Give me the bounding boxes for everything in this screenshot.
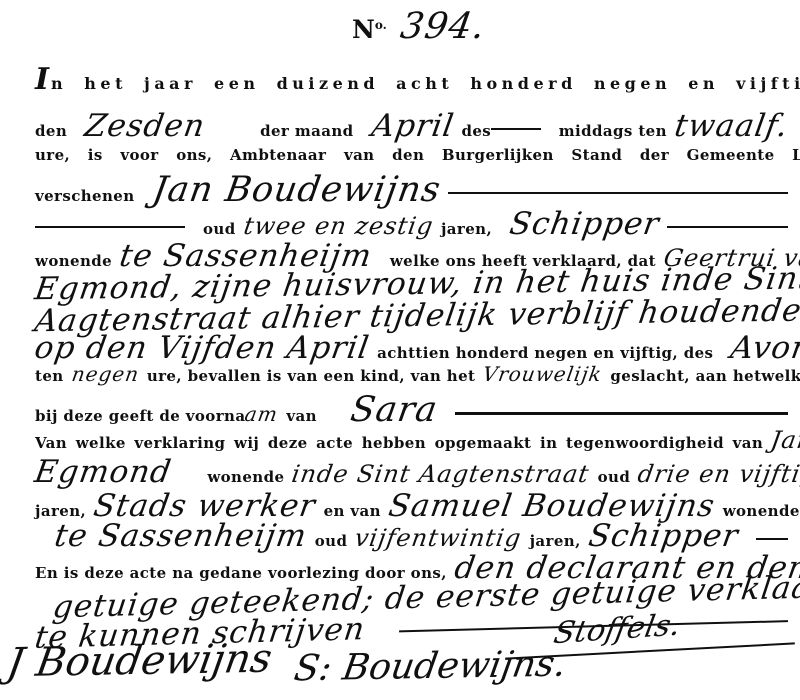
handwritten-witness1-street: inde Sint Aagtenstraat: [290, 460, 592, 488]
dropcap-I: I: [35, 62, 49, 97]
printed-geslacht: geslacht, aan hetwelk: [610, 367, 800, 385]
printed-born-child: ure, bevallen is van een kind, van het: [147, 367, 476, 385]
signature-j-boudewijns: J Boudewijns: [4, 636, 275, 687]
form-line-registrar: ure, is voor ons, Ambtenaar van den Burg…: [35, 146, 788, 164]
form-line-firstname: bij deze geeft de voorna am van Sara: [35, 390, 788, 430]
fill-line: [455, 412, 788, 415]
fill-line: [756, 538, 788, 540]
handwritten-witness2-age: vijfentwintig: [353, 524, 524, 552]
number-superscript: o.: [375, 18, 387, 32]
fill-line: [448, 192, 788, 194]
printed-wonende-2: wonende: [207, 468, 284, 486]
form-line-witness-intro: Van welke verklaring wij deze acte hebbe…: [35, 426, 788, 454]
handwritten-hour: twaalf.: [672, 108, 791, 144]
handwritten-birth-hour: negen: [70, 362, 141, 386]
handwritten-witness1-name-1: Jan Van: [769, 426, 800, 454]
printed-ten: ten: [35, 367, 64, 385]
printed-middags-ten: middags ten: [559, 122, 667, 140]
fill-line: [491, 128, 541, 130]
form-line-birthdate: op den Vijfden April achttien honderd ne…: [35, 330, 788, 366]
handwritten-witness2-residence: te Sassenheijm: [52, 518, 309, 554]
number-value-handwritten: 394.: [398, 6, 489, 47]
printed-jaren: jaren,: [441, 220, 492, 238]
printed-wonende: wonende: [35, 252, 112, 270]
act-number: No. 394.: [352, 6, 485, 47]
form-line-date: den Zesden der maand April des middags t…: [35, 108, 788, 144]
number-label: N: [352, 15, 375, 44]
printed-des: des: [461, 122, 491, 140]
printed-voorna: bij deze geeft de voorna: [35, 407, 245, 425]
form-line-birth: ten negen ure, bevallen is van een kind,…: [35, 362, 788, 386]
handwritten-month: April: [369, 108, 457, 144]
form-line-year: I n het jaar een duizend acht honderd ne…: [35, 62, 788, 97]
fill-line: [667, 226, 788, 228]
form-line-witness2-details: te Sassenheijm oud vijfentwintig jaren, …: [35, 518, 788, 554]
handwritten-witness2-occupation: Schipper: [586, 518, 741, 554]
handwritten-evening: Avonds: [729, 330, 800, 366]
handwritten-witness1-age: drie en vijftig: [636, 460, 800, 488]
printed-verschenen: verschenen: [35, 187, 135, 205]
handwritten-child-name: Sara: [348, 390, 441, 430]
printed-year-text: n het jaar een duizend acht honderd nege…: [51, 74, 800, 93]
handwritten-gender: Vrouwelijk: [481, 362, 604, 386]
printed-van: van: [286, 407, 317, 425]
printed-registrar-text: ure, is voor ons, Ambtenaar van den Burg…: [35, 146, 800, 164]
fill-line: [35, 226, 185, 228]
printed-oud-2: oud: [598, 468, 631, 486]
printed-der-maand: der maand: [260, 122, 353, 140]
handwritten-age: twee en zestig: [241, 212, 435, 240]
printed-year-1859: achttien honderd negen en vijftig, des: [377, 344, 713, 362]
birth-certificate-scan: No. 394. I n het jaar een duizend acht h…: [0, 0, 800, 700]
form-line-witness1: Egmond wonende inde Sint Aagtenstraat ou…: [35, 454, 788, 490]
printed-witness-intro: Van welke verklaring wij deze acte hebbe…: [35, 434, 763, 452]
handwritten-witness1-name-2: Egmond: [32, 454, 174, 490]
signature-s-boudewijns: S: Boudewijns.: [291, 644, 569, 690]
handwritten-birthdate: op den Vijfden April: [32, 330, 372, 366]
printed-oud-3: oud: [315, 532, 348, 550]
printed-den: den: [35, 122, 67, 140]
printed-jaren-3: jaren,: [530, 532, 581, 550]
printed-oud: oud: [203, 220, 236, 238]
form-line-appeared: verschenen Jan Boudewijns: [35, 170, 788, 210]
handwritten-occupation: Schipper: [507, 206, 662, 242]
handwritten-am: am: [244, 402, 281, 426]
handwritten-declarant-name: Jan Boudewijns: [149, 170, 443, 210]
form-line-age-occupation: oud twee en zestig jaren, Schipper: [35, 206, 788, 242]
printed-reading: En is deze acte na gedane voorlezing doo…: [35, 564, 447, 582]
handwritten-day: Zesden: [82, 108, 208, 144]
